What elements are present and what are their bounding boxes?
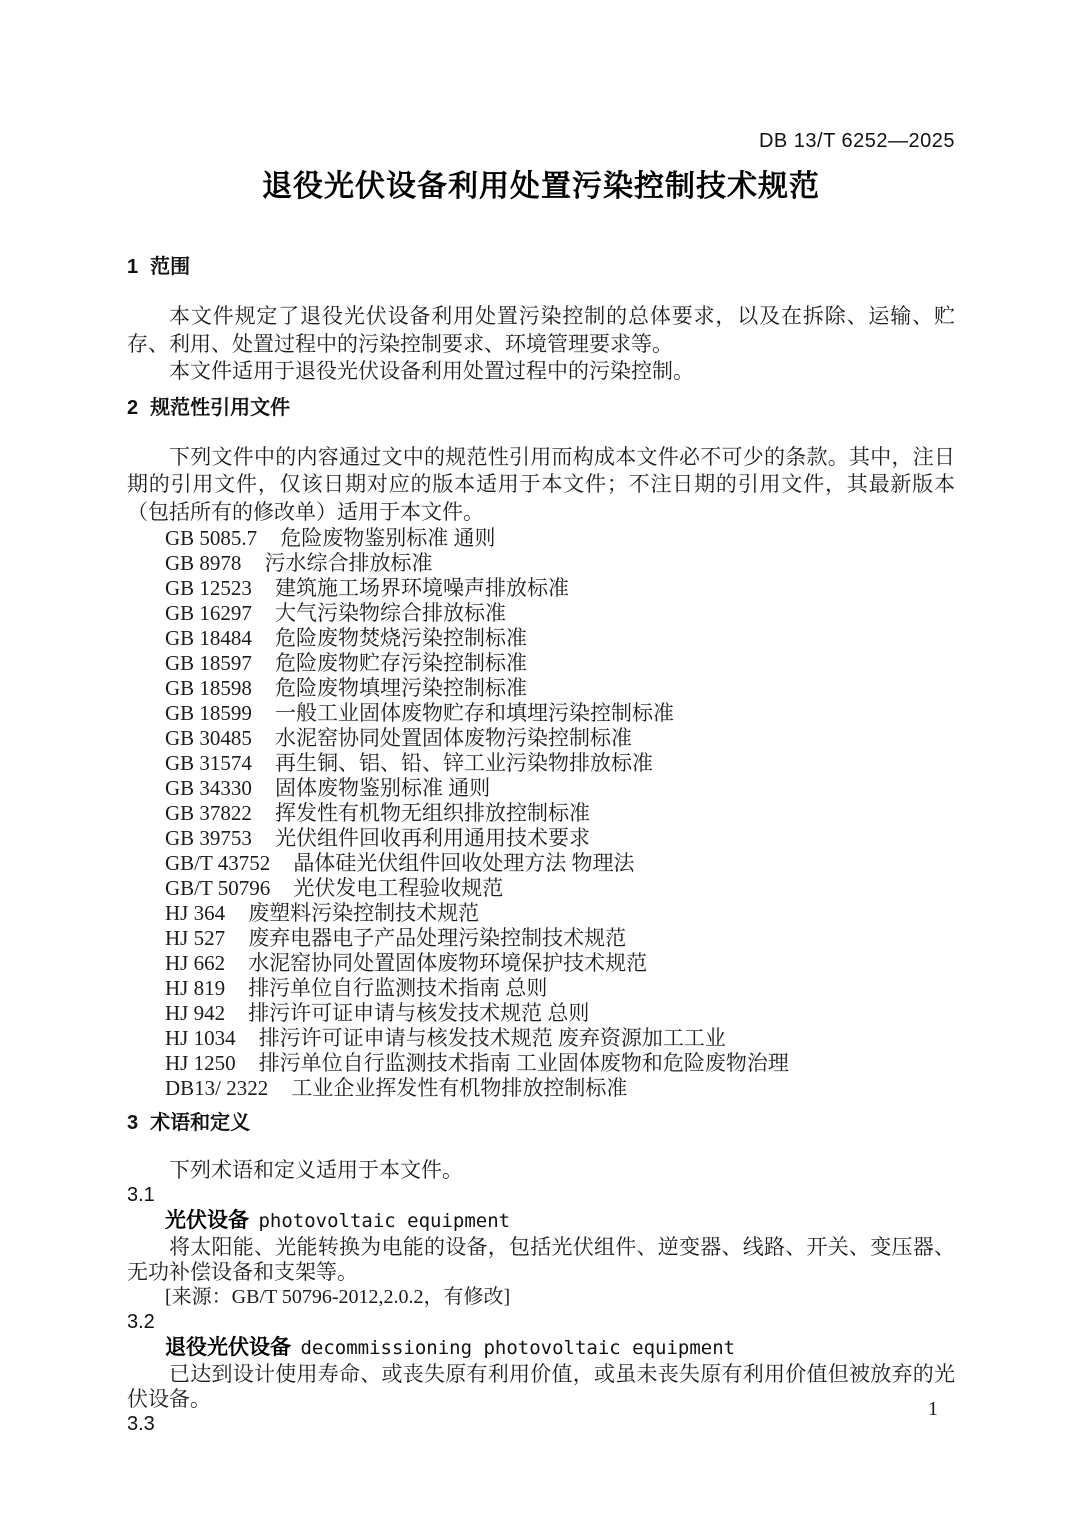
reference-title: 废塑料污染控制技术规范 [248,901,479,925]
reference-code: HJ 942 [165,1001,225,1025]
section-1-heading: 1范围 [127,257,955,278]
term-name-en: photovoltaic equipment [258,1210,510,1232]
reference-item: HJ 942排污许可证申请与核发技术规范 总则 [127,1001,955,1026]
reference-item: GB/T 43752晶体硅光伏组件回收处理方法 物理法 [127,851,955,876]
reference-title: 危险废物贮存污染控制标准 [275,651,527,675]
reference-code: GB 37822 [165,801,252,825]
reference-code: HJ 662 [165,951,225,975]
reference-code: GB/T 50796 [165,876,270,900]
reference-item: GB 5085.7危险废物鉴别标准 通则 [127,526,955,551]
reference-title: 再生铜、铝、铅、锌工业污染物排放标准 [275,751,653,775]
reference-title: 光伏发电工程验收规范 [293,876,503,900]
document-page: DB 13/T 6252—2025 退役光伏设备利用处置污染控制技术规范 1范围… [0,0,1080,1528]
reference-title: 水泥窑协同处置固体废物污染控制标准 [275,726,632,750]
reference-item: GB/T 50796光伏发电工程验收规范 [127,876,955,901]
reference-title: 固体废物鉴别标准 通则 [275,776,490,800]
section-1-number: 1 [127,256,138,278]
reference-code: HJ 1034 [165,1026,236,1050]
reference-item: GB 34330固体废物鉴别标准 通则 [127,776,955,801]
reference-title: 水泥窑协同处置固体废物环境保护技术规范 [248,951,647,975]
reference-code: GB 30485 [165,726,252,750]
reference-item: GB 16297大气污染物综合排放标准 [127,601,955,626]
scope-paragraph-2: 本文件适用于退役光伏设备利用处置过程中的污染控制。 [127,358,955,386]
reference-code: GB 18484 [165,626,252,650]
term-name-line: 退役光伏设备decommissioning photovoltaic equip… [127,1335,955,1362]
reference-code: GB 18599 [165,701,252,725]
terms-list: 3.1光伏设备photovoltaic equipment将太阳能、光能转换为电… [127,1183,955,1437]
reference-item: GB 37822挥发性有机物无组织排放控制标准 [127,801,955,826]
term-number: 3.1 [127,1183,955,1208]
reference-item: GB 39753光伏组件回收再利用通用技术要求 [127,826,955,851]
terms-intro: 下列术语和定义适用于本文件。 [127,1158,955,1183]
term-block: 3.3 [127,1412,955,1437]
reference-code: GB 18598 [165,676,252,700]
standard-code: DB 13/T 6252—2025 [127,131,955,152]
term-block: 3.2退役光伏设备decommissioning photovoltaic eq… [127,1310,955,1412]
section-3-body: 下列术语和定义适用于本文件。 3.1光伏设备photovoltaic equip… [127,1158,955,1437]
section-1-title: 范围 [150,256,190,278]
reference-item: GB 8978污水综合排放标准 [127,551,955,576]
references-intro: 下列文件中的内容通过文中的规范性引用而构成本文件必不可少的条款。其中，注日期的引… [127,444,955,527]
reference-code: GB/T 43752 [165,851,270,875]
reference-code: GB 31574 [165,751,252,775]
page-number: 1 [928,1398,938,1420]
reference-item: HJ 1034排污许可证申请与核发技术规范 废弃资源加工工业 [127,1026,955,1051]
reference-title: 危险废物填埋污染控制标准 [275,676,527,700]
section-2-title: 规范性引用文件 [150,397,290,419]
reference-item: GB 18597危险废物贮存污染控制标准 [127,651,955,676]
reference-title: 排污单位自行监测技术指南 总则 [248,976,547,1000]
reference-title: 建筑施工场界环境噪声排放标准 [275,576,569,600]
reference-title: 危险废物鉴别标准 通则 [280,526,495,550]
reference-code: GB 8978 [165,551,241,575]
reference-item: GB 18599一般工业固体废物贮存和填埋污染控制标准 [127,701,955,726]
term-number: 3.2 [127,1310,955,1335]
section-2-number: 2 [127,397,138,419]
reference-code: DB13/ 2322 [165,1076,268,1100]
reference-title: 一般工业固体废物贮存和填埋污染控制标准 [275,701,674,725]
reference-title: 危险废物焚烧污染控制标准 [275,626,527,650]
reference-item: HJ 1250排污单位自行监测技术指南 工业固体废物和危险废物治理 [127,1051,955,1076]
term-definition: 已达到设计使用寿命、或丧失原有利用价值，或虽未丧失原有利用价值但被放弃的光伏设备… [127,1362,955,1412]
reference-code: HJ 1250 [165,1051,236,1075]
section-3-title: 术语和定义 [150,1112,250,1134]
reference-code: GB 18597 [165,651,252,675]
section-2-heading: 2规范性引用文件 [127,398,955,419]
term-source: [来源：GB/T 50796-2012,2.0.2，有修改] [127,1285,955,1310]
reference-list: GB 5085.7危险废物鉴别标准 通则GB 8978污水综合排放标准GB 12… [127,526,955,1101]
reference-item: GB 31574再生铜、铝、铅、锌工业污染物排放标准 [127,751,955,776]
document-title: 退役光伏设备利用处置污染控制技术规范 [127,169,955,205]
term-name-en: decommissioning photovoltaic equipment [300,1337,735,1359]
reference-title: 光伏组件回收再利用通用技术要求 [275,826,590,850]
reference-item: GB 18484危险废物焚烧污染控制标准 [127,626,955,651]
section-3-number: 3 [127,1112,138,1134]
reference-title: 废弃电器电子产品处理污染控制技术规范 [248,926,626,950]
term-name-zh: 退役光伏设备 [165,1336,291,1359]
reference-code: HJ 364 [165,901,225,925]
term-name-zh: 光伏设备 [165,1209,249,1232]
reference-title: 排污单位自行监测技术指南 工业固体废物和危险废物治理 [259,1051,789,1075]
term-name-line: 光伏设备photovoltaic equipment [127,1208,955,1235]
reference-item: HJ 527废弃电器电子产品处理污染控制技术规范 [127,926,955,951]
reference-code: GB 12523 [165,576,252,600]
scope-paragraph-1: 本文件规定了退役光伏设备利用处置污染控制的总体要求，以及在拆除、运输、贮存、利用… [127,303,955,358]
term-block: 3.1光伏设备photovoltaic equipment将太阳能、光能转换为电… [127,1183,955,1310]
reference-item: GB 12523建筑施工场界环境噪声排放标准 [127,576,955,601]
reference-code: HJ 819 [165,976,225,1000]
reference-title: 排污许可证申请与核发技术规范 总则 [248,1001,589,1025]
section-2-body: 下列文件中的内容通过文中的规范性引用而构成本文件必不可少的条款。其中，注日期的引… [127,444,955,1102]
reference-code: GB 34330 [165,776,252,800]
reference-code: GB 39753 [165,826,252,850]
reference-title: 晶体硅光伏组件回收处理方法 物理法 [293,851,634,875]
reference-title: 大气污染物综合排放标准 [275,601,506,625]
term-number: 3.3 [127,1412,955,1437]
reference-item: HJ 819排污单位自行监测技术指南 总则 [127,976,955,1001]
term-definition: 将太阳能、光能转换为电能的设备，包括光伏组件、逆变器、线路、开关、变压器、无功补… [127,1235,955,1285]
reference-title: 工业企业挥发性有机物排放控制标准 [291,1076,627,1100]
reference-code: HJ 527 [165,926,225,950]
reference-title: 污水综合排放标准 [265,551,433,575]
reference-title: 排污许可证申请与核发技术规范 废弃资源加工工业 [259,1026,726,1050]
reference-code: GB 5085.7 [165,526,257,550]
reference-item: GB 18598危险废物填埋污染控制标准 [127,676,955,701]
section-1-body: 本文件规定了退役光伏设备利用处置污染控制的总体要求，以及在拆除、运输、贮存、利用… [127,303,955,386]
reference-code: GB 16297 [165,601,252,625]
section-3-heading: 3术语和定义 [127,1113,955,1134]
reference-item: HJ 364废塑料污染控制技术规范 [127,901,955,926]
reference-item: DB13/ 2322工业企业挥发性有机物排放控制标准 [127,1076,955,1101]
reference-item: GB 30485水泥窑协同处置固体废物污染控制标准 [127,726,955,751]
reference-title: 挥发性有机物无组织排放控制标准 [275,801,590,825]
reference-item: HJ 662水泥窑协同处置固体废物环境保护技术规范 [127,951,955,976]
